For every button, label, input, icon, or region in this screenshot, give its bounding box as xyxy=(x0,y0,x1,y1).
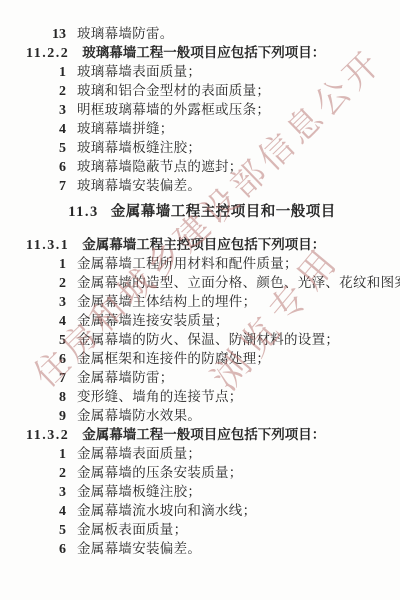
list-item: 7玻璃幕墙安装偏差。 xyxy=(26,176,378,195)
list-item-text: 金属幕墙流水坡向和滴水线； xyxy=(77,501,256,520)
list-item: 3明框玻璃幕墙的外露框或压条； xyxy=(26,100,378,119)
list-item: 4金属幕墙流水坡向和滴水线； xyxy=(26,501,378,520)
list-item-number: 6 xyxy=(26,158,66,177)
list-item: 2金属幕墙的压条安装质量； xyxy=(26,463,378,482)
list-item: 4玻璃幕墙拼缝； xyxy=(26,119,378,138)
list-item-text: 金属幕墙连接安装质量； xyxy=(77,311,229,330)
list-item-number: 5 xyxy=(26,521,66,540)
document-body: 13玻璃幕墙防雷。11.2.2玻璃幕墙工程一般项目应包括下列项目：1玻璃幕墙表面… xyxy=(26,24,378,558)
list-item-text: 变形缝、墙角的连接节点； xyxy=(77,387,243,406)
list-item: 3金属幕墙主体结构上的埋件； xyxy=(26,292,378,311)
list-item: 5金属幕墙的防火、保温、防潮材料的设置； xyxy=(26,330,378,349)
list-item-text: 玻璃和铝合金型材的表面质量； xyxy=(77,81,270,100)
list-item-number: 2 xyxy=(26,82,66,101)
list-item-text: 金属框架和连接件的防腐处理； xyxy=(77,349,270,368)
list-item: 1金属幕墙工程所用材料和配件质量； xyxy=(26,254,378,273)
list-item-number: 6 xyxy=(26,350,66,369)
list-item: 7金属幕墙防雷； xyxy=(26,368,378,387)
list-item: 1玻璃幕墙表面质量； xyxy=(26,62,378,81)
list-item-number: 4 xyxy=(26,312,66,331)
list-item-text: 金属幕墙表面质量； xyxy=(77,444,201,463)
list-item-number: 3 xyxy=(26,293,66,312)
list-item-text: 金属板表面质量； xyxy=(77,520,187,539)
clause-text: 玻璃幕墙工程一般项目应包括下列项目： xyxy=(82,43,325,62)
section-heading-title: 金属幕墙工程主控项目和一般项目 xyxy=(111,204,336,220)
list-item-text: 金属幕墙防雷； xyxy=(77,368,174,387)
clause-number: 11.3.1 xyxy=(26,236,69,255)
list-item: 2金属幕墙的造型、立面分格、颜色、光泽、花纹和图案； xyxy=(26,273,378,292)
list-item: 8变形缝、墙角的连接节点； xyxy=(26,387,378,406)
list-item-number: 1 xyxy=(26,445,66,464)
list-item-number: 4 xyxy=(26,120,66,139)
list-item: 3金属幕墙板缝注胶； xyxy=(26,482,378,501)
list-item-text: 玻璃幕墙安装偏差。 xyxy=(77,176,201,195)
list-item-number: 13 xyxy=(26,25,66,44)
section-heading-number: 11.3 xyxy=(68,204,99,220)
clause-number: 11.2.2 xyxy=(26,44,69,63)
list-item-number: 4 xyxy=(26,502,66,521)
list-item-text: 玻璃幕墙拼缝； xyxy=(77,119,174,138)
list-item: 6金属幕墙安装偏差。 xyxy=(26,539,378,558)
list-item: 6玻璃幕墙隐蔽节点的遮封； xyxy=(26,157,378,176)
list-item-text: 明框玻璃幕墙的外露框或压条； xyxy=(77,100,270,119)
clause-text: 金属幕墙工程主控项目应包括下列项目： xyxy=(82,235,325,254)
list-item-number: 5 xyxy=(26,139,66,158)
list-item-number: 3 xyxy=(26,101,66,120)
list-item-number: 7 xyxy=(26,369,66,388)
list-item: 4金属幕墙连接安装质量； xyxy=(26,311,378,330)
list-item-number: 6 xyxy=(26,540,66,559)
list-item: 5金属板表面质量； xyxy=(26,520,378,539)
list-item-number: 5 xyxy=(26,331,66,350)
list-item-number: 1 xyxy=(26,255,66,274)
list-item: 9金属幕墙防水效果。 xyxy=(26,406,378,425)
list-item-text: 金属幕墙的造型、立面分格、颜色、光泽、花纹和图案； xyxy=(77,273,400,292)
list-item-text: 金属幕墙工程所用材料和配件质量； xyxy=(77,254,298,273)
list-item-text: 金属幕墙的防火、保温、防潮材料的设置； xyxy=(77,330,339,349)
list-item-number: 8 xyxy=(26,388,66,407)
list-item: 13玻璃幕墙防雷。 xyxy=(26,24,378,43)
list-item-text: 金属幕墙板缝注胶； xyxy=(77,482,201,501)
clause-line: 11.2.2玻璃幕墙工程一般项目应包括下列项目： xyxy=(26,43,378,62)
list-item: 2玻璃和铝合金型材的表面质量； xyxy=(26,81,378,100)
clause-number: 11.3.2 xyxy=(26,426,69,445)
list-item-number: 1 xyxy=(26,63,66,82)
list-item-text: 玻璃幕墙板缝注胶； xyxy=(77,138,201,157)
list-item-text: 金属幕墙防水效果。 xyxy=(77,406,201,425)
list-item-text: 金属幕墙安装偏差。 xyxy=(77,539,201,558)
list-item: 5玻璃幕墙板缝注胶； xyxy=(26,138,378,157)
list-item: 1金属幕墙表面质量； xyxy=(26,444,378,463)
section-heading: 11.3金属幕墙工程主控项目和一般项目 xyxy=(26,202,378,222)
list-item-text: 玻璃幕墙表面质量； xyxy=(77,62,201,81)
list-item: 6金属框架和连接件的防腐处理； xyxy=(26,349,378,368)
list-item-text: 玻璃幕墙隐蔽节点的遮封； xyxy=(77,157,243,176)
list-item-number: 2 xyxy=(26,274,66,293)
list-item-text: 金属幕墙主体结构上的埋件； xyxy=(77,292,256,311)
list-item-text: 玻璃幕墙防雷。 xyxy=(77,24,174,43)
list-item-number: 9 xyxy=(26,407,66,426)
list-item-number: 2 xyxy=(26,464,66,483)
clause-line: 11.3.2金属幕墙工程一般项目应包括下列项目： xyxy=(26,425,378,444)
list-item-text: 金属幕墙的压条安装质量； xyxy=(77,463,243,482)
clause-line: 11.3.1金属幕墙工程主控项目应包括下列项目： xyxy=(26,235,378,254)
list-item-number: 3 xyxy=(26,483,66,502)
clause-text: 金属幕墙工程一般项目应包括下列项目： xyxy=(82,425,325,444)
list-item-number: 7 xyxy=(26,177,66,196)
